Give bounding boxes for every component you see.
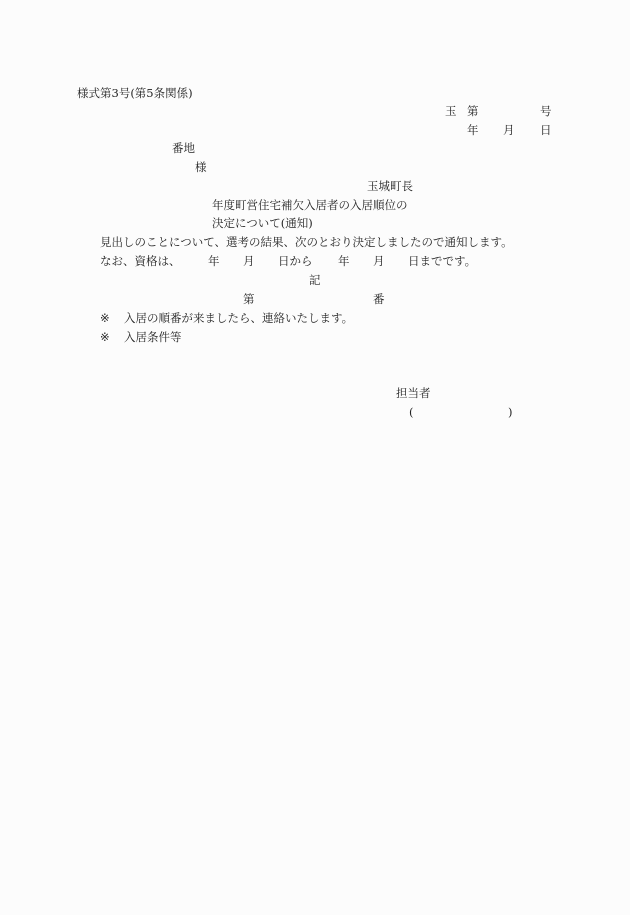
qualification-start-day: 日から (278, 254, 313, 268)
ki-heading: 記 (309, 273, 321, 287)
contact-label: 担当者 (396, 386, 431, 400)
form-number: 様式第3号(第5条関係) (77, 86, 193, 100)
title-line-2: 決定について(通知) (212, 216, 313, 230)
recipient-honorific: 様 (195, 160, 207, 174)
date-day: 日 (540, 123, 552, 137)
date-year: 年 (467, 123, 479, 137)
note-text: 入居条件等 (124, 330, 182, 344)
body-line-2-lead: なお、資格は、 (100, 254, 181, 268)
body-line-1: 見出しのことについて、選考の結果、次のとおり決定しましたので通知します。 (100, 235, 513, 249)
contact-close-paren: ) (508, 405, 513, 419)
qualification-start-year: 年 (208, 254, 220, 268)
reference-prefix: 玉 (445, 104, 457, 118)
note-text: 入居の順番が来ましたら、連絡いたします。 (124, 311, 353, 325)
date-month: 月 (503, 123, 515, 137)
contact-open-paren: ( (409, 405, 414, 419)
rank-ban: 番 (373, 292, 385, 306)
sender-name: 玉城町長 (367, 179, 413, 193)
qualification-end-day: 日までです。 (408, 254, 476, 268)
qualification-end-month: 月 (373, 254, 385, 268)
rank-dai: 第 (243, 292, 255, 306)
note-mark: ※ (100, 311, 110, 325)
note-mark: ※ (100, 330, 110, 344)
document-page: 様式第3号(第5条関係) 玉 第 号 年 月 日 番地 様 玉城町長 年度町営住… (0, 0, 630, 915)
title-line-1: 年度町営住宅補欠入居者の入居順位の (212, 198, 408, 212)
reference-go: 号 (540, 104, 552, 118)
recipient-address: 番地 (172, 141, 195, 155)
qualification-end-year: 年 (338, 254, 350, 268)
reference-dai: 第 (467, 104, 479, 118)
qualification-start-month: 月 (243, 254, 255, 268)
